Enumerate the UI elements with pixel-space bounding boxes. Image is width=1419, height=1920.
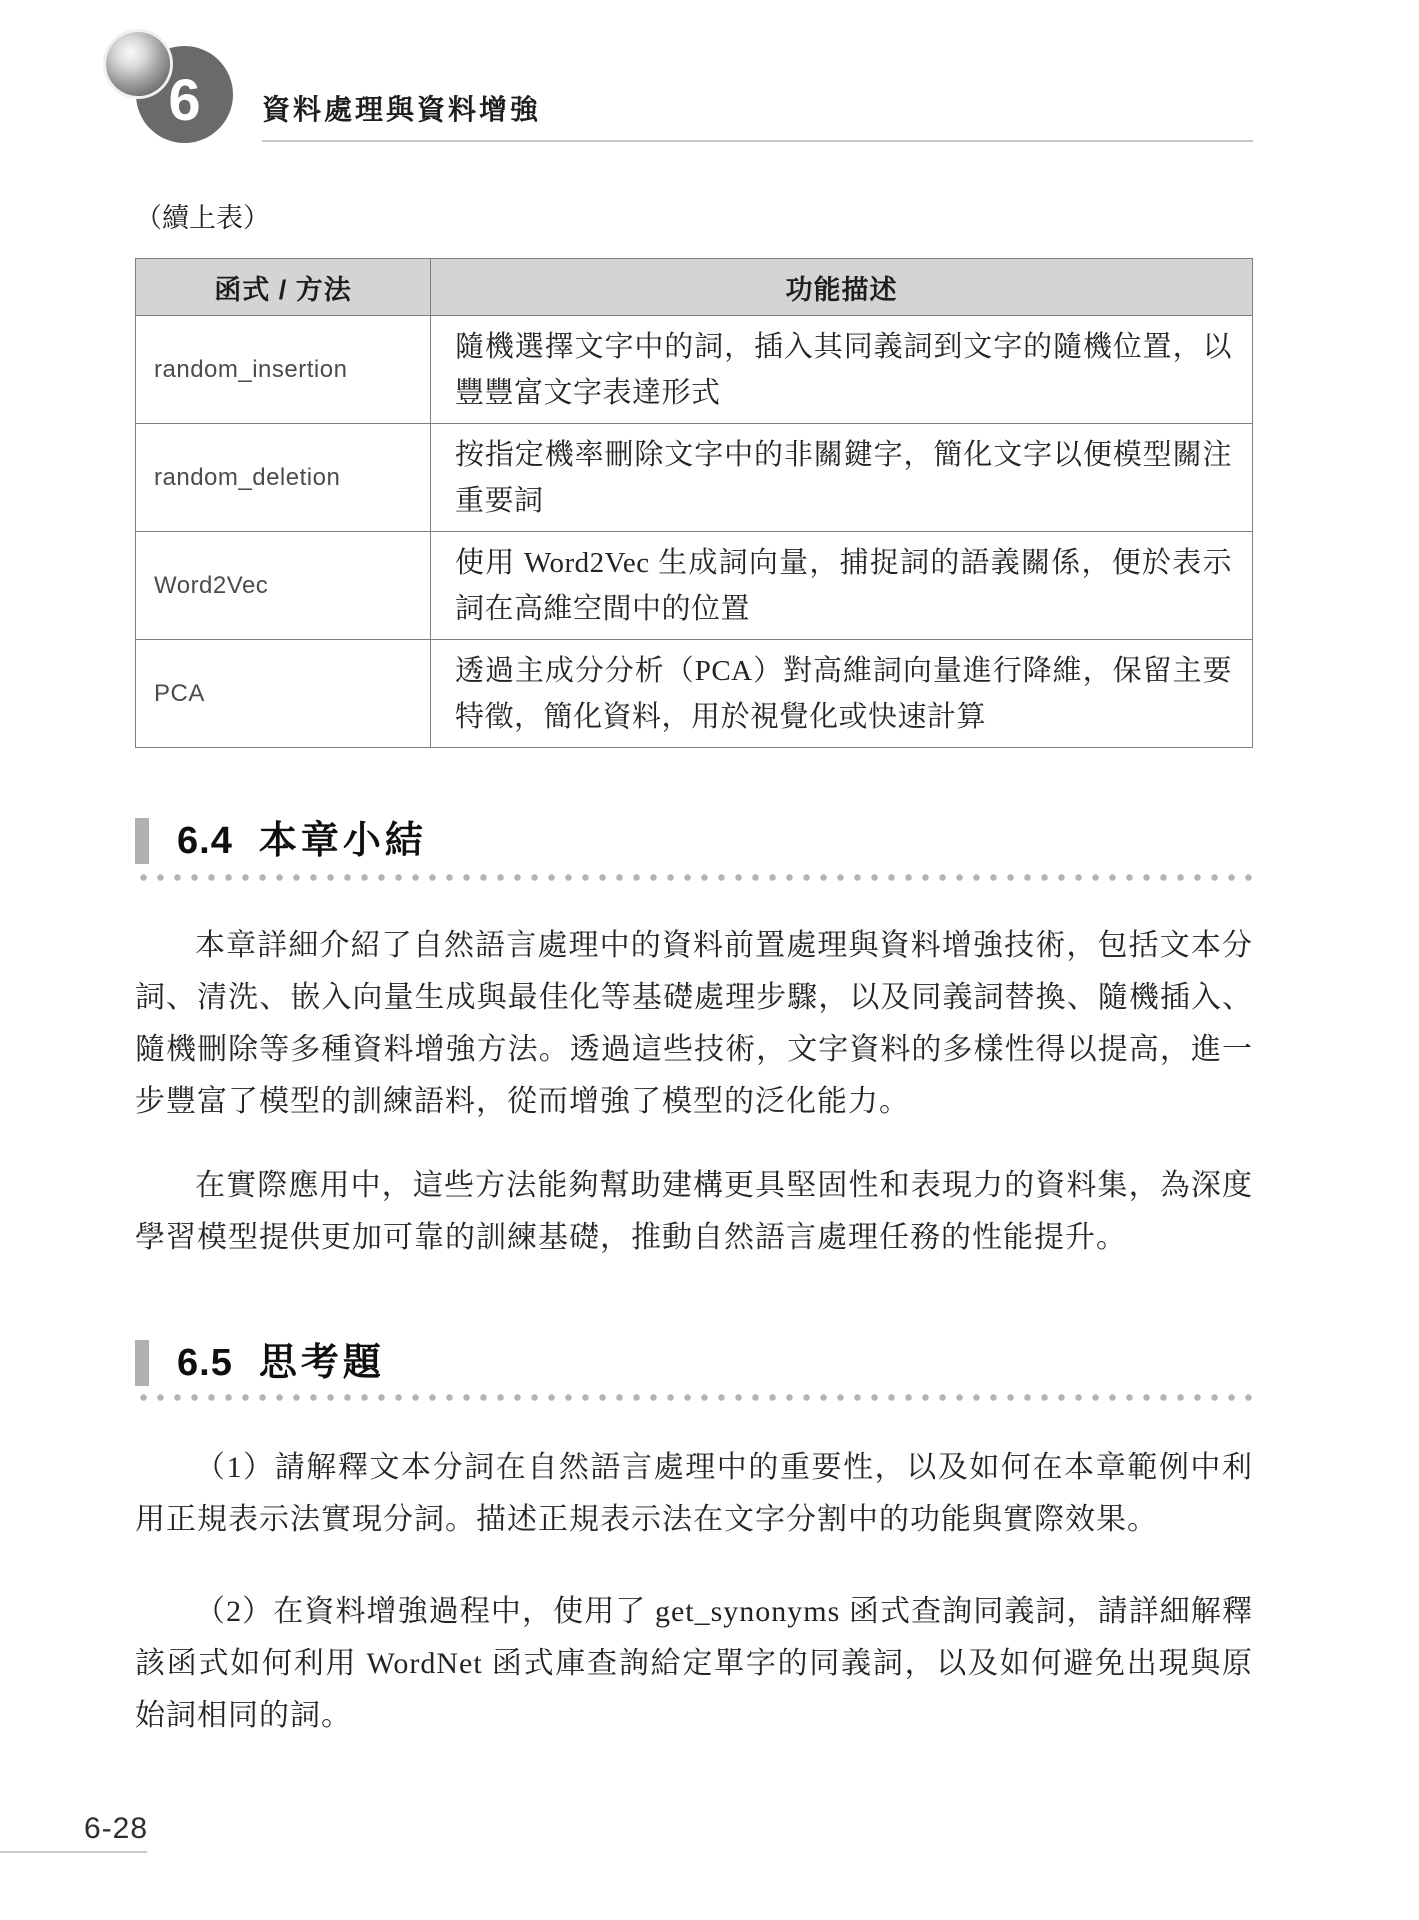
summary-paragraph: 本章詳細介紹了自然語言處理中的資料前置處理與資料增強技術，包括文本分詞、清洗、嵌… — [135, 920, 1253, 1128]
page-number: 6-28 — [84, 1812, 148, 1846]
function-name-cell: random_deletion — [136, 424, 431, 532]
dotted-rule — [135, 1394, 1253, 1401]
functions-table: 函式 / 方法 功能描述 random_insertion 隨機選擇文字中的詞，… — [135, 258, 1253, 748]
chapter-number: 6 — [168, 72, 200, 130]
header-rule — [262, 140, 1253, 142]
continued-note: （續上表） — [135, 196, 270, 235]
section-heading-summary: 6.4 本章小結 — [135, 818, 427, 864]
function-description-cell: 按指定機率刪除文字中的非關鍵字，簡化文字以便模型關注重要詞 — [431, 424, 1253, 532]
function-description-cell: 隨機選擇文字中的詞，插入其同義詞到文字的隨機位置，以豐豐富文字表達形式 — [431, 316, 1253, 424]
question-paragraph: （2）在資料增強過程中，使用了 get_synonyms 函式查詢同義詞，請詳細… — [135, 1586, 1253, 1742]
dotted-rule — [135, 874, 1253, 881]
function-description-cell: 使用 Word2Vec 生成詞向量，捕捉詞的語義關係，便於表示詞在高維空間中的位… — [431, 532, 1253, 640]
col-header-function: 函式 / 方法 — [136, 259, 431, 316]
heading-bar — [135, 818, 149, 864]
table-row: Word2Vec 使用 Word2Vec 生成詞向量，捕捉詞的語義關係，便於表示… — [136, 532, 1253, 640]
table-row: random_insertion 隨機選擇文字中的詞，插入其同義詞到文字的隨機位… — [136, 316, 1253, 424]
function-description-cell: 透過主成分分析（PCA）對高維詞向量進行降維，保留主要特徵，簡化資料，用於視覺化… — [431, 640, 1253, 748]
heading-bar — [135, 1340, 149, 1386]
section-title: 思考題 — [259, 1344, 385, 1382]
book-page: 6 資料處理與資料增強 （續上表） 函式 / 方法 功能描述 random_in… — [0, 0, 1419, 1920]
section-number: 6.5 — [177, 1344, 233, 1382]
table-row: random_deletion 按指定機率刪除文字中的非關鍵字，簡化文字以便模型… — [136, 424, 1253, 532]
chapter-title: 資料處理與資料增強 — [262, 88, 541, 128]
section-number: 6.4 — [177, 822, 233, 860]
function-name-cell: PCA — [136, 640, 431, 748]
function-name-cell: Word2Vec — [136, 532, 431, 640]
function-name-cell: random_insertion — [136, 316, 431, 424]
table-row: PCA 透過主成分分析（PCA）對高維詞向量進行降維，保留主要特徵，簡化資料，用… — [136, 640, 1253, 748]
footer-rule — [0, 1851, 147, 1853]
col-header-description: 功能描述 — [431, 259, 1253, 316]
question-paragraph: （1）請解釋文本分詞在自然語言處理中的重要性，以及如何在本章範例中利用正規表示法… — [135, 1442, 1253, 1546]
section-heading-questions: 6.5 思考題 — [135, 1340, 385, 1386]
table-header-row: 函式 / 方法 功能描述 — [136, 259, 1253, 316]
globe-icon — [106, 32, 170, 96]
section-title: 本章小結 — [259, 822, 427, 860]
summary-paragraph: 在實際應用中，這些方法能夠幫助建構更具堅固性和表現力的資料集，為深度學習模型提供… — [135, 1160, 1253, 1264]
